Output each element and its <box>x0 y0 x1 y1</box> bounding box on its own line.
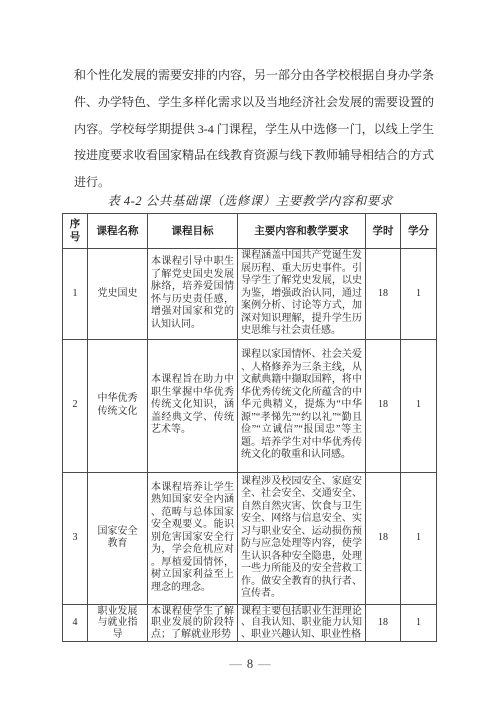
table-header-row: 序号 课程名称 课程目标 主要内容和教学要求 学时 学分 <box>63 214 437 249</box>
cell-objective: 本课程引导中职生了解党史国史发展脉络，培养爱国情怀与历史责任感，增强对国家和党的… <box>148 249 238 340</box>
cell-credits: 1 <box>401 472 437 604</box>
cell-course-name: 党史国史 <box>88 249 148 340</box>
cell-content: 课程以家国情怀、社会关爱、人格修养为三条主线，从文献典籍中撷取国粹，将中华优秀传… <box>238 339 366 472</box>
cell-seq: 1 <box>63 249 88 340</box>
cell-course-name: 国家安全教育 <box>88 472 148 604</box>
body-paragraph: 和个性化发展的需要安排的内容，另一部分由各学校根据自身办学条件、办学特色、学生多… <box>74 62 434 196</box>
footer-dash-right: — <box>253 657 276 671</box>
table-row: 2 中华优秀传统文化 本课程旨在助力中职生掌握中华优秀传统文化知识，涵盖经典文学… <box>63 339 437 472</box>
header-course-name: 课程名称 <box>88 214 148 249</box>
cell-hours: 18 <box>366 249 401 340</box>
header-objective: 课程目标 <box>148 214 238 249</box>
cell-objective: 本课程使学生了解职业发展的阶段特点；了解就业形势 <box>148 604 238 642</box>
cell-hours: 18 <box>366 604 401 642</box>
cell-content: 课程涉及校园安全、家庭安全、社会安全、交通安全、自然自然灾害、饮食与卫生安全、网… <box>238 472 366 604</box>
cell-hours: 18 <box>366 339 401 472</box>
cell-objective: 本课程培养让学生熟知国家安全内涵、范畴与总体国家安全观要义。能识别危害国家安全行… <box>148 472 238 604</box>
cell-credits: 1 <box>401 339 437 472</box>
table-row: 3 国家安全教育 本课程培养让学生熟知国家安全内涵、范畴与总体国家安全观要义。能… <box>63 472 437 604</box>
cell-objective: 本课程旨在助力中职生掌握中华优秀传统文化知识，涵盖经典文学、传统艺术等。 <box>148 339 238 472</box>
table-row: 4 职业发展与就业指导 本课程使学生了解职业发展的阶段特点；了解就业形势 课程主… <box>63 604 437 642</box>
cell-content: 课程主要包括职业生涯理论、自我认知、职业能力认知、职业兴趣认知、职业性格 <box>238 604 366 642</box>
table-title: 表 4-2 公共基础课（选修课）主要教学内容和要求 <box>0 191 500 209</box>
header-hours: 学时 <box>366 214 401 249</box>
cell-seq: 4 <box>63 604 88 642</box>
page-footer: —8— <box>0 657 500 672</box>
cell-credits: 1 <box>401 249 437 340</box>
cell-credits: 1 <box>401 604 437 642</box>
document-page: 和个性化发展的需要安排的内容，另一部分由各学校根据自身办学条件、办学特色、学生多… <box>0 0 500 707</box>
header-credits: 学分 <box>401 214 437 249</box>
cell-course-name: 中华优秀传统文化 <box>88 339 148 472</box>
header-content: 主要内容和教学要求 <box>238 214 366 249</box>
course-table: 序号 课程名称 课程目标 主要内容和教学要求 学时 学分 1 党史国史 本课程引… <box>62 213 437 642</box>
cell-course-name: 职业发展与就业指导 <box>88 604 148 642</box>
cell-content: 课程涵盖中国共产党诞生发展历程、重大历史事件。引导学生了解党史发展，以史为鉴，增… <box>238 249 366 340</box>
cell-hours: 18 <box>366 472 401 604</box>
header-seq: 序号 <box>63 214 88 249</box>
footer-dash-left: — <box>224 657 247 671</box>
cell-seq: 3 <box>63 472 88 604</box>
table-row: 1 党史国史 本课程引导中职生了解党史国史发展脉络，培养爱国情怀与历史责任感，增… <box>63 249 437 340</box>
cell-seq: 2 <box>63 339 88 472</box>
